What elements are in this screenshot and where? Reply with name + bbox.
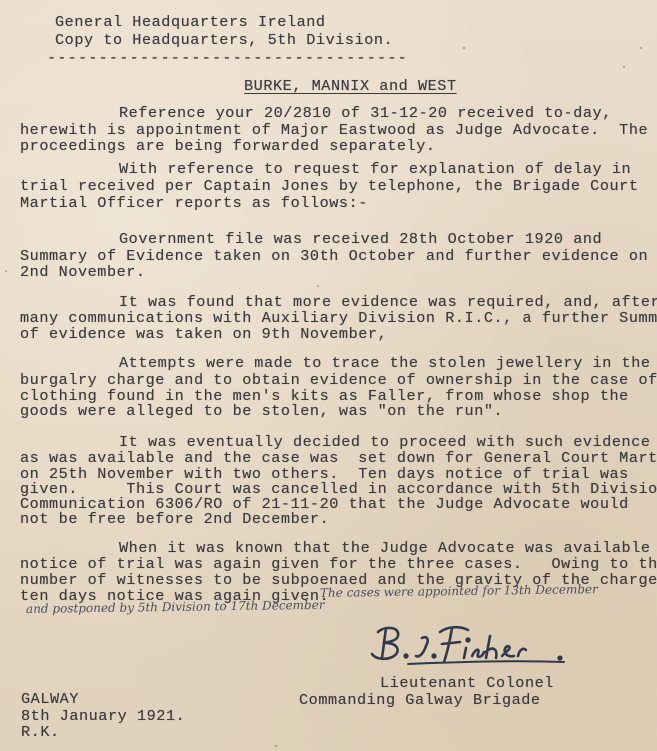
paper-speck [5,270,7,272]
paragraph-2-line-1: With reference to request for explanatio… [119,161,631,177]
paragraph-1-line-1: Reference your 20/2810 of 31-12-20 recei… [119,105,612,121]
addressee-line: General Headquarters Ireland [55,14,326,30]
copy-to-line: Copy to Headquarters, 5th Division. [55,32,393,48]
signatory-rank: Lieutenant Colonel [380,675,554,691]
paper-speck [640,47,642,49]
paragraph-5-line-4: goods were alleged to be stolen, was "on… [20,403,503,419]
paragraph-5-line-2: burgalry charge and to obtain evidence o… [20,372,657,388]
paragraph-3-line-1: Government file was received 28th Octobe… [119,231,602,247]
paragraph-1-line-3: proceedings are being forwarded separate… [20,138,436,154]
paragraph-6-line-1: It was eventually decided to proceed wit… [119,434,651,450]
paragraph-7-line-2: notice of trial was again given for the … [20,556,657,572]
signature [364,618,574,670]
paragraph-4-line-1: It was found that more evidence was requ… [119,294,657,310]
paragraph-2-line-3: Martial Officer reports as follows:- [20,195,368,211]
paragraph-7-line-1: When it was known that the Judge Advocat… [119,540,651,556]
paper-speck [623,66,625,68]
paragraph-4-line-2: many communications with Auxiliary Divis… [20,310,657,326]
paragraph-6-line-6: not be free before 2nd December. [20,511,329,527]
paragraph-2-line-2: trial received per Captain Jones by tele… [20,178,639,194]
paper-speck [317,285,319,287]
paragraph-3-line-3: 2nd November. [20,264,146,280]
signatory-role: Commanding Galway Brigade [299,692,541,708]
document-title: BURKE, MANNIX and WEST [244,78,457,94]
date-line: 8th January 1921. [21,708,185,724]
paper-speck [275,745,277,747]
place-line: GALWAY [21,691,79,707]
paragraph-4-line-3: of evidence was taken on 9th November, [20,326,387,342]
typist-initials: R.K. [21,724,60,740]
paper-speck [463,47,465,49]
paragraph-5-line-1: Attempts were made to trace the stolen j… [119,355,651,371]
header-rule: ----------------------------------- [47,50,408,66]
paragraph-1-line-2: herewith is appointment of Major Eastwoo… [20,122,648,138]
paragraph-3-line-2: Summary of Evidence taken on 30th Octobe… [20,248,648,264]
paragraph-6-line-2: as was available and the case was set do… [20,450,657,466]
